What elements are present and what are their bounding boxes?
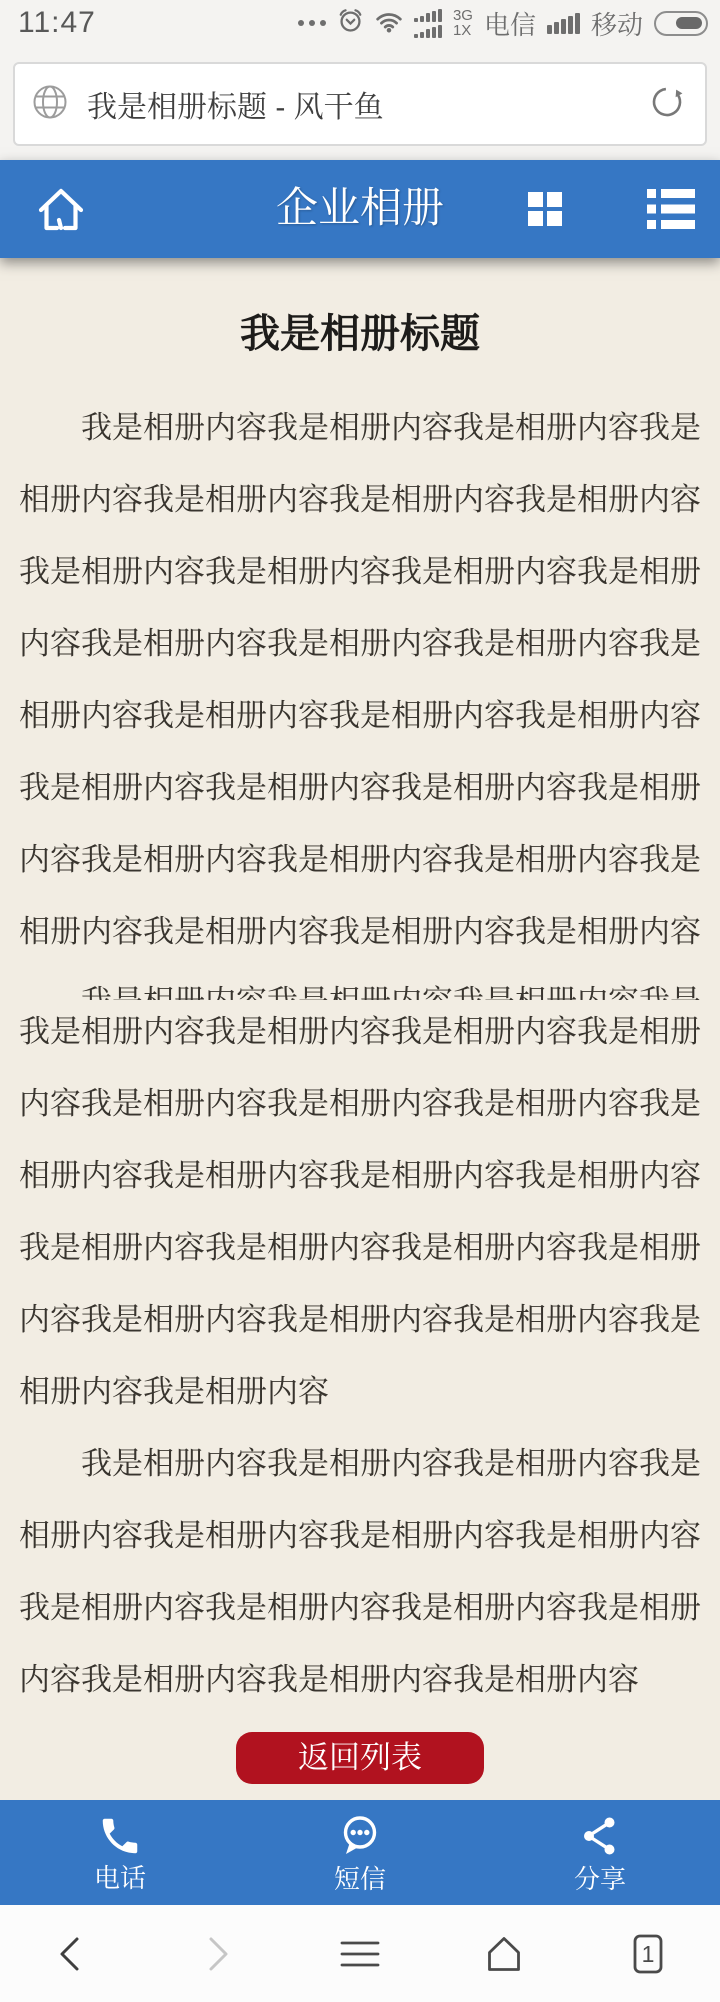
- back-to-list-button[interactable]: 返回列表: [236, 1732, 484, 1784]
- action-item-label: 短信: [334, 1865, 386, 1893]
- refresh-button[interactable]: [645, 80, 689, 129]
- chevron-left-icon: [50, 1932, 94, 1976]
- wifi-icon: [375, 9, 403, 38]
- action-item-phone[interactable]: 电话: [0, 1800, 240, 1905]
- grid-icon: [528, 192, 562, 226]
- text-line: 我是相册内容我是相册内容我是相册内容我是相册: [19, 536, 701, 608]
- status-bar: 11:47: [0, 0, 720, 46]
- page-content: 我是相册标题 我是相册内容我是相册内容我是相册内容我是相册内容我是相册内容我是相…: [0, 258, 720, 1800]
- text-line: 相册内容我是相册内容我是相册内容我是相册内容: [19, 680, 701, 752]
- phone-icon: [97, 1813, 143, 1859]
- carrier-2-label: 移动: [591, 5, 643, 42]
- notification-dots-icon: [298, 20, 326, 26]
- network-type-badge: 3G 1X: [453, 8, 473, 38]
- action-item-label: 分享: [574, 1865, 626, 1893]
- nav-back-button[interactable]: [0, 1932, 144, 1976]
- text-line: 内容我是相册内容我是相册内容我是相册内容我是: [19, 1068, 701, 1140]
- sms-icon: [336, 1812, 384, 1860]
- text-line: 内容我是相册内容我是相册内容我是相册内容我是: [19, 608, 701, 680]
- browser-chrome: 11:47: [0, 0, 720, 160]
- action-item-share[interactable]: 分享: [480, 1800, 720, 1905]
- action-item-label: 电话: [94, 1864, 146, 1892]
- text-line: 内容我是相册内容我是相册内容我是相册内容我是: [19, 824, 701, 896]
- alarm-icon: [337, 7, 364, 39]
- chevron-right-icon: [194, 1932, 238, 1976]
- text-line: 相册内容我是相册内容我是相册内容我是相册内容: [19, 1500, 701, 1572]
- home-outline-icon: [482, 1932, 526, 1976]
- action-item-sms[interactable]: 短信: [240, 1800, 480, 1905]
- header-title: 企业相册: [0, 160, 720, 256]
- text-line: 内容我是相册内容我是相册内容我是相册内容: [19, 1644, 701, 1716]
- tab-counter: 1: [626, 1932, 670, 1976]
- paragraph: 我是相册内容我是相册内容我是相册内容我是相册内容我是相册内容我是相册内容我是相册…: [19, 996, 701, 1428]
- text-line: 我是相册内容我是相册内容我是相册内容我是相册: [19, 1572, 701, 1644]
- app-header: 企业相册: [0, 160, 720, 258]
- nav-forward-button[interactable]: [144, 1932, 288, 1976]
- share-icon: [576, 1812, 624, 1860]
- list-view-button[interactable]: [647, 187, 695, 236]
- carrier-1-label: 电信: [484, 5, 536, 42]
- battery-icon: [654, 11, 708, 36]
- globe-icon: [31, 83, 69, 126]
- text-line: 内容我是相册内容我是相册内容我是相册内容我是: [19, 1284, 701, 1356]
- clock-label: 11:47: [18, 6, 96, 40]
- text-line: 相册内容我是相册内容: [19, 1356, 701, 1428]
- menu-icon: [337, 1932, 383, 1976]
- text-line: 我是相册内容我是相册内容我是相册内容我是: [19, 392, 701, 464]
- browser-nav-bar: 1: [0, 1905, 720, 2002]
- nav-tabs-button[interactable]: 1: [576, 1932, 720, 1976]
- paragraph: 我是相册内容我是相册内容我是相册内容我是相册内容我是相册内容我是相册内容我是相册…: [19, 1428, 701, 1716]
- article: 我是相册内容我是相册内容我是相册内容我是相册内容我是相册内容我是相册内容我是相册…: [19, 392, 701, 1716]
- text-line: 我是相册内容我是相册内容我是相册内容我是相册: [19, 1212, 701, 1284]
- text-line: 相册内容我是相册内容我是相册内容我是相册内容: [19, 896, 701, 968]
- svg-text:1: 1: [642, 1941, 655, 1967]
- nav-home-button[interactable]: [432, 1932, 576, 1976]
- phone-screen: 11:47: [0, 0, 720, 2002]
- nav-menu-button[interactable]: [288, 1932, 432, 1976]
- page-title-label: 我是相册标题 - 风干鱼: [87, 82, 645, 126]
- content-title: 我是相册标题: [19, 310, 701, 358]
- text-line: 相册内容我是相册内容我是相册内容我是相册内容: [19, 1140, 701, 1212]
- text-line: 我是相册内容我是相册内容我是相册内容我是: [19, 1428, 701, 1500]
- grid-view-button[interactable]: [528, 192, 562, 231]
- refresh-icon: [649, 84, 685, 120]
- text-line: 我是相册内容我是相册内容我是相册内容我是相册: [19, 996, 701, 1068]
- list-icon: [647, 187, 695, 231]
- action-bar: 电话 短信 分享: [0, 1800, 720, 1905]
- text-line: 相册内容我是相册内容我是相册内容我是相册内容: [19, 464, 701, 536]
- signal-bars-sim2-icon: [547, 13, 580, 34]
- text-line: 我是相册内容我是相册内容我是相册内容我是相册: [19, 752, 701, 824]
- paragraph: 我是相册内容我是相册内容我是相册内容我是相册内容我是相册内容我是相册内容我是相册…: [19, 392, 701, 968]
- address-bar[interactable]: 我是相册标题 - 风干鱼: [13, 62, 707, 146]
- signal-bars-sim1-icon: [414, 9, 442, 38]
